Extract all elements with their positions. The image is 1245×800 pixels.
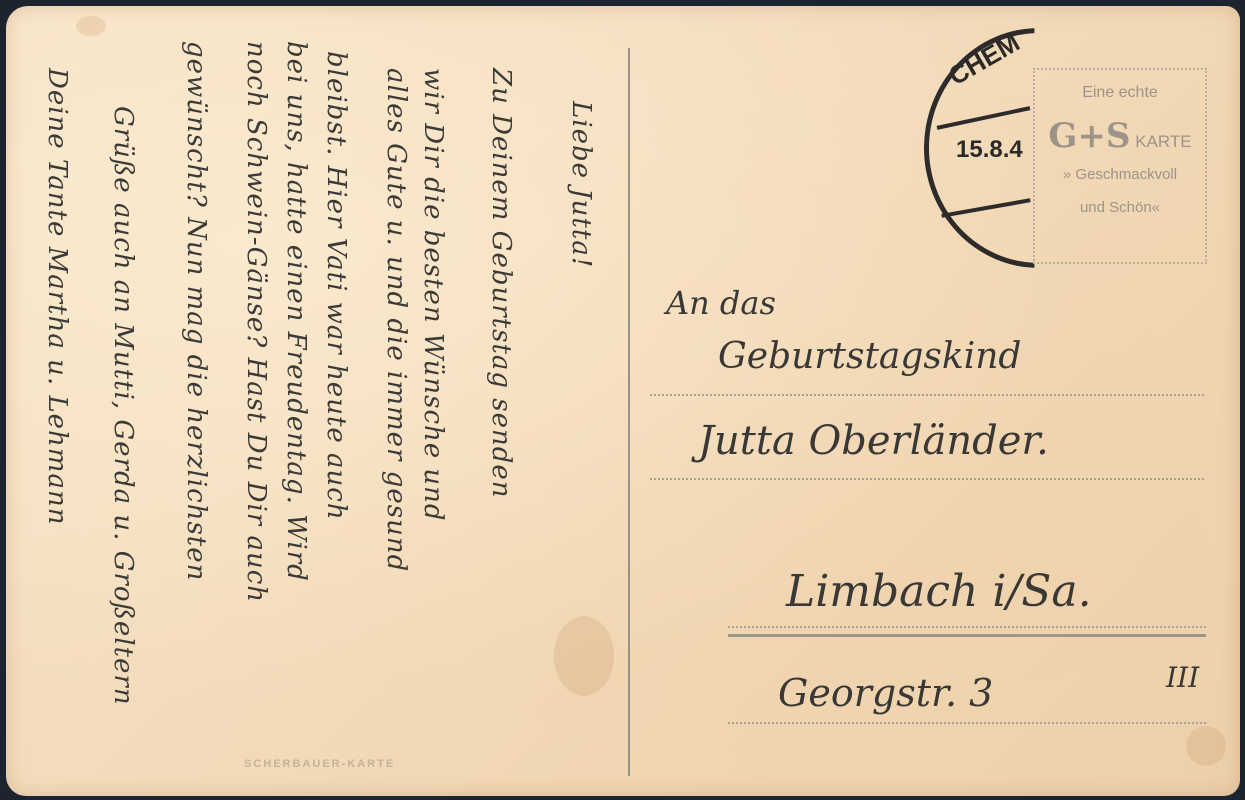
address-recipient-title: Geburtstagskind bbox=[718, 336, 1021, 377]
gs-logo: G+S KARTE bbox=[1035, 116, 1205, 156]
gs-logo-suffix: KARTE bbox=[1135, 132, 1191, 151]
center-divider bbox=[628, 48, 630, 776]
stamp-box-text: » Geschmackvoll bbox=[1035, 166, 1205, 183]
address-rule-solid bbox=[728, 634, 1206, 637]
address-city: Limbach i/Sa. bbox=[786, 566, 1092, 617]
message-line: noch Schwein-Gänse? Hast Du Dir auch bbox=[241, 41, 271, 603]
message-line: bleibst. Hier Vati war heute auch bbox=[321, 51, 351, 521]
address-recipient-name: Jutta Oberländer. bbox=[698, 418, 1049, 464]
message-line: gewünscht? Nun mag die herzlichsten bbox=[181, 41, 211, 581]
address-salutation: An das bbox=[666, 284, 776, 322]
address-floor: III bbox=[1166, 661, 1199, 694]
message-line: wir Dir die besten Wünsche und bbox=[418, 68, 448, 522]
address-rule bbox=[728, 722, 1206, 724]
stamp-placeholder-box: Eine echte G+S KARTE » Geschmackvoll und… bbox=[1033, 68, 1207, 264]
postcard: Liebe Jutta! Zu Deinem Geburtstag senden… bbox=[6, 6, 1240, 796]
stamp-box-text: und Schön« bbox=[1035, 199, 1205, 216]
address-rule bbox=[650, 478, 1204, 480]
paper-stain bbox=[554, 616, 614, 696]
paper-stain bbox=[1186, 726, 1226, 766]
address-street: Georgstr. 3 bbox=[778, 671, 993, 715]
gs-logo-mark: G+S bbox=[1048, 116, 1130, 156]
postmark-date: 15.8.4 bbox=[956, 136, 1023, 164]
message-line: Grüße auch an Mutti, Gerda u. Großeltern bbox=[108, 106, 138, 706]
paper-stain bbox=[76, 16, 106, 36]
message-line: Zu Deinem Geburtstag senden bbox=[486, 68, 516, 499]
address-rule bbox=[650, 394, 1204, 396]
stamp-box-text: Eine echte bbox=[1035, 84, 1205, 102]
publisher-imprint: SCHERBAUER-KARTE bbox=[244, 758, 395, 770]
message-line: Liebe Jutta! bbox=[566, 101, 596, 268]
message-signature: Deine Tante Martha u. Lehmann bbox=[42, 68, 72, 525]
message-line: alles Gute u. und die immer gesund bbox=[381, 68, 411, 572]
message-line: bei uns, hatte einen Freudentag. Wird bbox=[281, 41, 311, 582]
address-rule bbox=[728, 626, 1206, 628]
